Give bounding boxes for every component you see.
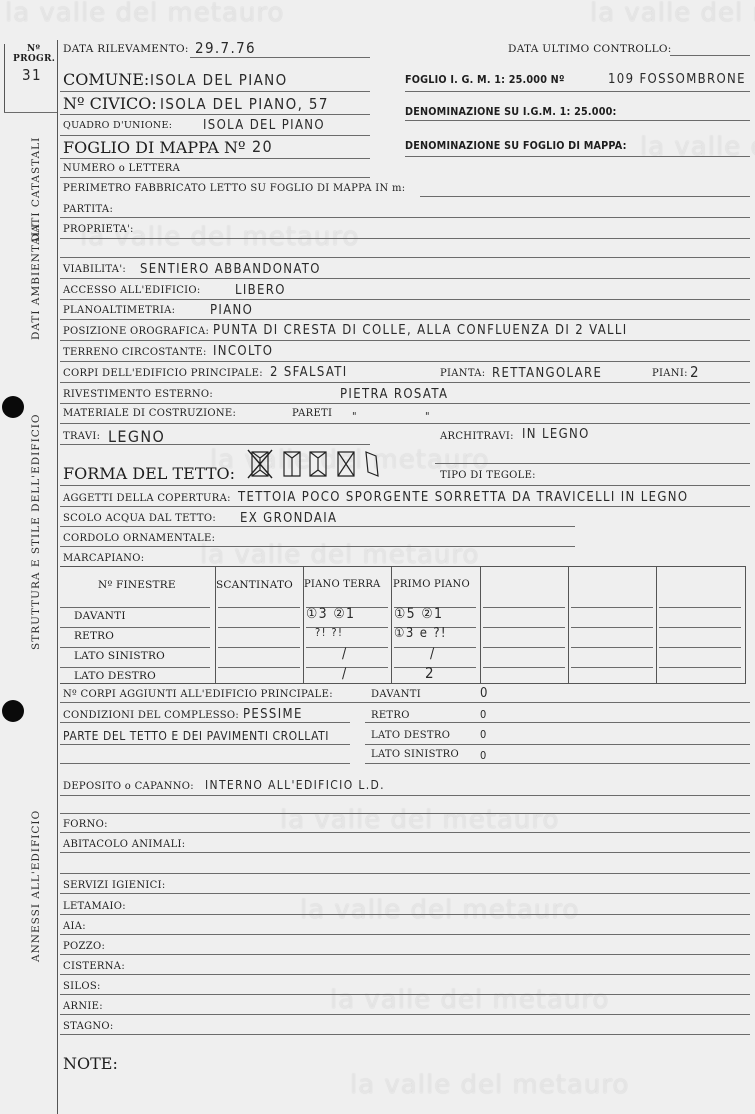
binder-hole — [2, 700, 24, 722]
field-underline — [60, 832, 750, 833]
architravi-label: ARCHITRAVI: — [440, 431, 514, 442]
row-divider — [483, 647, 565, 648]
denom-mappa-label: DENOMINAZIONE SU FOGLIO DI MAPPA: — [405, 140, 627, 152]
field-underline — [365, 722, 750, 723]
row-divider — [659, 667, 741, 668]
numero-label: NUMERO o LETTERA — [63, 163, 180, 174]
field-underline — [60, 444, 370, 445]
field-underline — [60, 361, 750, 362]
field-underline — [60, 702, 750, 703]
field-underline — [60, 506, 750, 507]
field-underline — [60, 893, 750, 894]
lato-sinistro-value[interactable]: 0 — [480, 749, 488, 762]
field-underline — [365, 763, 750, 764]
condizioni-value[interactable]: PESSIME — [243, 707, 303, 722]
field-underline — [60, 873, 750, 874]
perimetro-label: PERIMETRO FABBRICATO LETTO SU FOGLIO DI … — [63, 183, 405, 194]
field-underline — [60, 526, 575, 527]
deposito-value[interactable]: INTERNO ALL'EDIFICIO L.D. — [205, 778, 385, 792]
pianta-label: PIANTA: — [440, 368, 485, 379]
retro-value[interactable]: 0 — [480, 708, 488, 721]
civico-value[interactable]: ISOLA DEL PIANO, 57 — [160, 95, 329, 113]
rivestimento-label: RIVESTIMENTO ESTERNO: — [63, 389, 213, 400]
section-struttura: STRUTTURA E STILE DELL'EDIFICIO — [30, 413, 42, 650]
field-underline — [405, 120, 750, 121]
table-cell-value[interactable]: ①5 ②1 — [394, 606, 443, 622]
field-underline — [405, 91, 750, 92]
row-divider — [571, 607, 653, 608]
field-underline — [60, 934, 750, 935]
roof-shapes — [244, 448, 384, 480]
comune-value[interactable]: ISOLA DEL PIANO — [150, 71, 288, 89]
table-header: PRIMO PIANO — [393, 579, 470, 590]
watermark: la valle del metauro — [590, 0, 755, 28]
table-cell-value[interactable]: / — [430, 646, 436, 662]
table-cell-value[interactable]: / — [342, 646, 348, 662]
field-underline — [60, 319, 750, 320]
materiale-label: MATERIALE DI COSTRUZIONE: — [63, 408, 236, 419]
abitacolo-label: ABITACOLO ANIMALI: — [63, 839, 185, 850]
servizi-label: SERVIZI IGIENICI: — [63, 880, 166, 891]
section-dati-ambientali: DATI AMBIENTALI — [30, 223, 42, 340]
tetto-label: FORMA DEL TETTO: — [63, 464, 235, 483]
table-row-label: LATO SINISTRO — [74, 650, 165, 662]
field-underline — [60, 974, 750, 975]
row-divider — [659, 607, 741, 608]
table-column-divider — [568, 567, 569, 683]
pianta-value[interactable]: RETTANGOLARE — [492, 366, 602, 381]
accesso-value[interactable]: LIBERO — [235, 283, 286, 298]
table-cell-value[interactable]: ①3 ②1 — [306, 606, 355, 622]
civico-label: Nº CIVICO: — [63, 94, 157, 113]
field-underline — [420, 196, 750, 197]
stagno-label: STAGNO: — [63, 1021, 114, 1032]
travi-label: TRAVI: — [63, 431, 100, 442]
table-row-label: DAVANTI — [74, 610, 126, 622]
section-annessi: ANNESSI ALL'EDIFICIO — [30, 810, 42, 962]
foglio-mappa-label: FOGLIO DI MAPPA Nº — [63, 138, 246, 157]
data-rilevamento-label: DATA RILEVAMENTO: — [63, 43, 189, 55]
row-divider — [218, 667, 300, 668]
condizioni-label: CONDIZIONI DEL COMPLESSO: — [63, 710, 239, 721]
row-divider — [571, 647, 653, 648]
rivestimento-value[interactable]: PIETRA ROSATA — [340, 387, 448, 402]
roof-shape-icons — [244, 448, 384, 480]
field-underline — [60, 114, 370, 115]
comune-label: COMUNE: — [63, 70, 149, 89]
plano-label: PLANOALTIMETRIA: — [63, 305, 175, 316]
field-underline — [405, 156, 750, 157]
field-underline — [60, 257, 750, 258]
prog-label: Nº — [27, 44, 40, 54]
table-header: Nº FINESTRE — [98, 579, 176, 591]
field-underline — [60, 1034, 750, 1035]
davanti-label: DAVANTI — [371, 689, 421, 700]
field-underline — [60, 403, 750, 404]
field-underline — [365, 744, 750, 745]
prog-box-border — [4, 44, 5, 112]
field-underline — [60, 914, 750, 915]
aggetti-value[interactable]: TETTOIA POCO SPORGENTE SORRETTA DA TRAVI… — [238, 490, 688, 505]
corpi-value[interactable]: 2 SFALSATI — [270, 365, 348, 380]
row-divider — [218, 647, 300, 648]
note-label: NOTE: — [63, 1054, 118, 1073]
table-column-divider — [391, 567, 392, 683]
table-header: SCANTINATO — [216, 579, 293, 591]
field-underline — [60, 763, 350, 764]
table-cell-value[interactable]: 2 — [425, 664, 435, 682]
field-underline — [60, 852, 750, 853]
row-divider — [659, 627, 741, 628]
field-underline — [60, 382, 750, 383]
cisterna-label: CISTERNA: — [63, 961, 125, 972]
row-divider — [483, 627, 565, 628]
watermark: la valle del metauro — [640, 132, 755, 162]
field-underline — [60, 744, 350, 745]
field-underline — [60, 722, 350, 723]
watermark: la valle del metauro — [280, 805, 559, 835]
condizioni-note[interactable]: PARTE DEL TETTO E DEI PAVIMENTI CROLLATI — [63, 729, 329, 743]
finestre-table: Nº FINESTRE SCANTINATO PIANO TERRA PRIMO… — [60, 566, 746, 684]
accesso-label: ACCESSO ALL'EDIFICIO: — [63, 285, 201, 296]
field-underline — [60, 299, 750, 300]
retro-label: RETRO — [371, 710, 410, 721]
watermark: la valle del metauro — [300, 895, 579, 925]
row-divider — [218, 607, 300, 608]
field-underline — [60, 994, 750, 995]
quadro-label: QUADRO D'UNIONE: — [63, 120, 172, 131]
row-divider — [483, 607, 565, 608]
scolo-label: SCOLO ACQUA DAL TETTO: — [63, 513, 216, 524]
plano-value[interactable]: PIANO — [210, 303, 253, 318]
terreno-value[interactable]: INCOLTO — [213, 344, 273, 359]
piani-label: PIANI: — [652, 368, 688, 379]
aggetti-label: AGGETTI DELLA COPERTURA: — [63, 493, 231, 504]
field-underline — [60, 135, 370, 136]
foglio-igm-label: FOGLIO I. G. M. 1: 25.000 Nº — [405, 74, 565, 86]
row-divider — [483, 667, 565, 668]
cordolo-label: CORDOLO ORNAMENTALE: — [63, 533, 215, 544]
row-divider — [60, 667, 210, 668]
data-ultimo-controllo-label: DATA ULTIMO CONTROLLO: — [508, 43, 672, 55]
table-cell-value[interactable]: ?! ?! — [315, 626, 343, 639]
prog-value: 31 — [22, 66, 42, 84]
field-underline — [60, 91, 370, 92]
field-underline — [60, 485, 750, 486]
row-divider — [571, 627, 653, 628]
row-divider — [659, 647, 741, 648]
watermark: la valle del metauro — [330, 985, 609, 1015]
row-divider — [394, 667, 476, 668]
arnie-label: ARNIE: — [63, 1001, 103, 1012]
field-underline — [60, 340, 750, 341]
field-underline — [60, 813, 750, 814]
table-row-label: RETRO — [74, 630, 114, 642]
viabilita-value[interactable]: SENTIERO ABBANDONATO — [140, 262, 321, 277]
field-underline — [60, 954, 750, 955]
letamaio-label: LETAMAIO: — [63, 901, 126, 912]
davanti-value[interactable]: 0 — [480, 686, 489, 701]
field-underline — [60, 423, 750, 424]
margin-rule — [57, 40, 58, 1114]
pareti-label: PARETI — [292, 408, 332, 419]
field-underline — [60, 158, 370, 159]
field-underline — [60, 217, 750, 218]
terreno-label: TERRENO CIRCOSTANTE: — [63, 347, 207, 358]
foglio-mappa-value[interactable]: 20 — [252, 137, 273, 156]
field-underline — [435, 463, 750, 464]
field-underline — [60, 795, 750, 796]
table-column-divider — [656, 567, 657, 683]
posizione-label: POSIZIONE OROGRAFICA: — [63, 326, 209, 337]
field-underline — [190, 57, 370, 58]
field-underline — [60, 546, 575, 547]
marcapiano-label: MARCAPIANO: — [63, 553, 144, 564]
denom-igm-label: DENOMINAZIONE SU I.G.M. 1: 25.000: — [405, 106, 617, 118]
aia-label: AIA: — [63, 921, 86, 932]
foglio-igm-value[interactable]: 109 FOSSOMBRONE — [608, 72, 746, 87]
scolo-value[interactable]: EX GRONDAIA — [240, 511, 337, 526]
table-row-label: LATO DESTRO — [74, 670, 156, 682]
partita-label: PARTITA: — [63, 204, 113, 215]
field-underline — [60, 278, 750, 279]
row-divider — [571, 667, 653, 668]
watermark: la valle del metauro — [5, 0, 284, 28]
field-underline — [670, 55, 750, 56]
lato-destro-label: LATO DESTRO — [371, 730, 450, 741]
quadro-value[interactable]: ISOLA DEL PIANO — [203, 118, 325, 133]
proprieta-label: PROPRIETA': — [63, 224, 134, 235]
corpi-aggiunti-label: Nº CORPI AGGIUNTI ALL'EDIFICIO PRINCIPAL… — [63, 689, 333, 700]
table-header: PIANO TERRA — [304, 579, 380, 590]
table-column-divider — [480, 567, 481, 683]
prog-label: PROGR. — [13, 54, 55, 64]
table-cell-value[interactable]: / — [342, 666, 348, 682]
lato-sinistro-label: LATO SINISTRO — [371, 749, 459, 760]
piani-value[interactable]: 2 — [690, 363, 700, 381]
architravi-value[interactable]: IN LEGNO — [522, 427, 590, 442]
viabilita-label: VIABILITA': — [63, 264, 126, 275]
row-divider — [60, 647, 210, 648]
row-divider — [60, 627, 210, 628]
corpi-label: CORPI DELL'EDIFICIO PRINCIPALE: — [63, 368, 263, 379]
lato-destro-value[interactable]: 0 — [480, 728, 488, 741]
prog-box-border — [4, 112, 57, 113]
tegole-label: TIPO DI TEGOLE: — [440, 470, 536, 481]
posizione-value[interactable]: PUNTA DI CRESTA DI COLLE, ALLA CONFLUENZ… — [213, 323, 628, 338]
field-underline — [60, 177, 370, 178]
pareti-value[interactable]: " — [352, 410, 358, 423]
watermark: la valle del metauro — [350, 1070, 629, 1100]
pozzo-label: POZZO: — [63, 941, 105, 952]
pareti-value[interactable]: " — [425, 410, 431, 423]
forno-label: FORNO: — [63, 819, 108, 830]
field-underline — [60, 1014, 750, 1015]
silos-label: SILOS: — [63, 981, 101, 992]
table-cell-value[interactable]: ①3 e ?! — [394, 626, 447, 641]
deposito-label: DEPOSITO o CAPANNO: — [63, 781, 194, 792]
row-divider — [60, 607, 210, 608]
row-divider — [218, 627, 300, 628]
binder-hole — [2, 396, 24, 418]
field-underline — [60, 238, 750, 239]
data-rilevamento-value[interactable]: 29.7.76 — [195, 39, 256, 57]
